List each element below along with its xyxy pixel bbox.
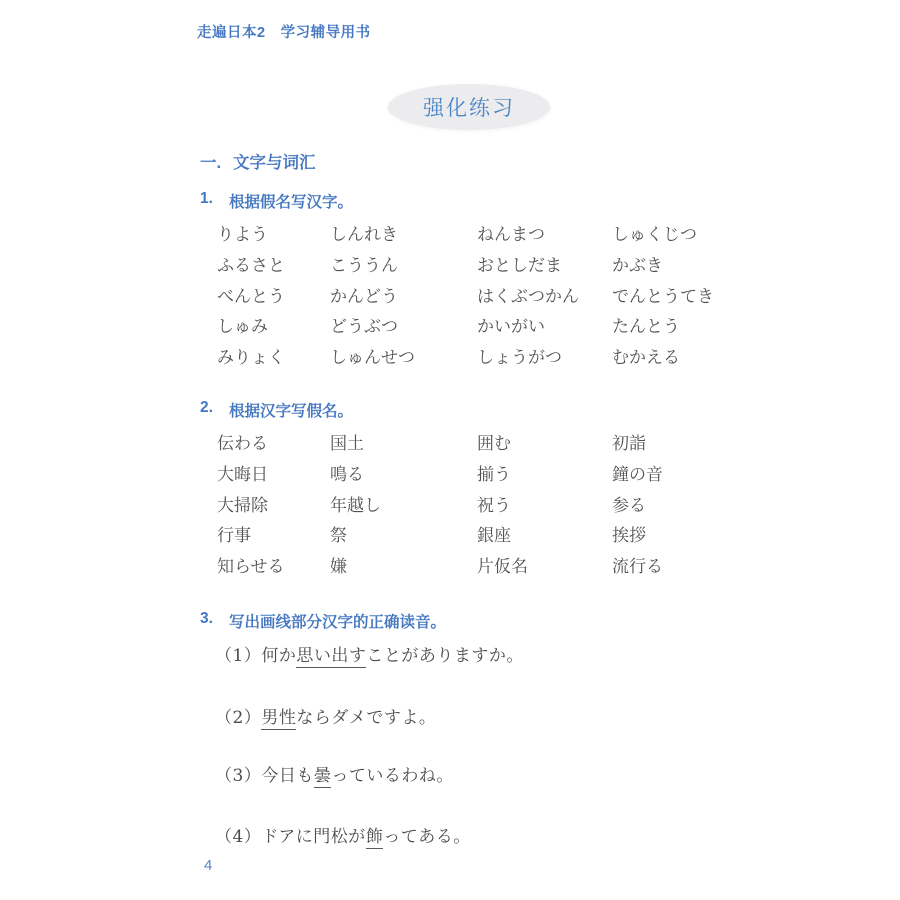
exercise1-title-text: 根据假名写汉字。 [229, 190, 353, 212]
word-cell: 初詣 [612, 429, 663, 460]
word-cell: 年越し [330, 491, 477, 522]
word-cell: しょうがつ [477, 343, 612, 374]
word-cell: 嫌 [330, 552, 477, 583]
question-text: （2） [215, 708, 261, 728]
word-cell: かんどう [330, 282, 477, 313]
exercise3-number: 3. [200, 610, 229, 632]
word-cell: 片仮名 [477, 552, 612, 583]
word-cell: 流行る [612, 552, 663, 583]
exercise2-title: 2. 根据汉字写假名。 [200, 399, 353, 421]
word-cell: おとしだま [477, 251, 612, 282]
section-title: 文字与词汇 [233, 149, 316, 173]
word-cell: ふるさと [217, 251, 330, 282]
word-cell: むかえる [612, 343, 714, 374]
word-cell: 知らせる [217, 552, 330, 583]
word-cell: こううん [330, 251, 477, 282]
word-cell: りよう [217, 220, 330, 251]
word-cell: かぶき [612, 251, 714, 282]
word-cell: 囲む [477, 429, 612, 460]
word-cell: 祝う [477, 491, 612, 522]
word-cell: べんとう [217, 282, 330, 313]
question-4: （4）ドアに門松が飾ってある。 [215, 822, 471, 847]
word-cell: 大晦日 [217, 460, 330, 491]
word-cell: 国土 [330, 429, 477, 460]
word-cell: 参る [612, 491, 663, 522]
word-cell: 祭 [330, 521, 477, 552]
question-text: っているわね。 [331, 766, 454, 786]
word-cell: しゅくじつ [612, 220, 714, 251]
word-cell: しゅみ [217, 312, 330, 343]
exercise-badge: 强化练习 [388, 84, 550, 130]
question-1: （1）何か思い出すことがありますか。 [215, 641, 524, 666]
word-cell: しんれき [330, 220, 477, 251]
underlined-kanji: 思い出す [296, 646, 366, 668]
word-cell: どうぶつ [330, 312, 477, 343]
word-cell: みりょく [217, 343, 330, 374]
underlined-kanji: 飾 [366, 827, 384, 849]
exercise2-title-text: 根据汉字写假名。 [229, 399, 353, 421]
book-page: 走遍日本2 学习辅导用书 强化练习 一. 文字与词汇 1. 根据假名写汉字。 り… [0, 0, 900, 900]
question-text: ことがありますか。 [366, 646, 524, 666]
kanji-word-grid: 伝わる 国土 囲む 初詣 大晦日 鳴る 揃う 鐘の音 大掃除 年越し 祝う 参る… [217, 429, 663, 583]
word-cell: 行事 [217, 521, 330, 552]
page-header: 走遍日本2 学习辅导用书 [197, 21, 371, 42]
exercise3-title-text: 写出画线部分汉字的正确读音。 [229, 610, 446, 632]
word-cell: 揃う [477, 460, 612, 491]
word-cell: 大掃除 [217, 491, 330, 522]
word-cell: たんとう [612, 312, 714, 343]
word-cell: でんとうてき [612, 282, 714, 313]
page-number: 4 [204, 857, 212, 874]
question-3: （3）今日も曇っているわね。 [215, 761, 454, 786]
question-text: （1）何か [215, 646, 296, 666]
underlined-kanji: 曇 [314, 766, 332, 788]
section-number: 一. [200, 149, 233, 173]
word-cell: 鳴る [330, 460, 477, 491]
word-cell: かいがい [477, 312, 612, 343]
word-cell: ねんまつ [477, 220, 612, 251]
exercise1-number: 1. [200, 190, 229, 212]
word-cell: 銀座 [477, 521, 612, 552]
underlined-kanji: 男性 [261, 708, 296, 730]
exercise2-number: 2. [200, 399, 229, 421]
kana-word-grid: りよう しんれき ねんまつ しゅくじつ ふるさと こううん おとしだま かぶき … [217, 220, 714, 374]
question-text: ってある。 [383, 827, 471, 847]
word-cell: 鐘の音 [612, 460, 663, 491]
exercise3-title: 3. 写出画线部分汉字的正确读音。 [200, 610, 446, 632]
question-2: （2）男性ならダメですよ。 [215, 703, 436, 728]
word-cell: 伝わる [217, 429, 330, 460]
word-cell: 挨拶 [612, 521, 663, 552]
exercise-badge-label: 强化练习 [423, 92, 515, 122]
question-text: （3）今日も [215, 766, 314, 786]
section-heading: 一. 文字与词汇 [200, 149, 316, 173]
exercise1-title: 1. 根据假名写汉字。 [200, 190, 353, 212]
question-text: ならダメですよ。 [296, 708, 436, 728]
word-cell: しゅんせつ [330, 343, 477, 374]
word-cell: はくぶつかん [477, 282, 612, 313]
question-text: （4）ドアに門松が [215, 827, 366, 847]
